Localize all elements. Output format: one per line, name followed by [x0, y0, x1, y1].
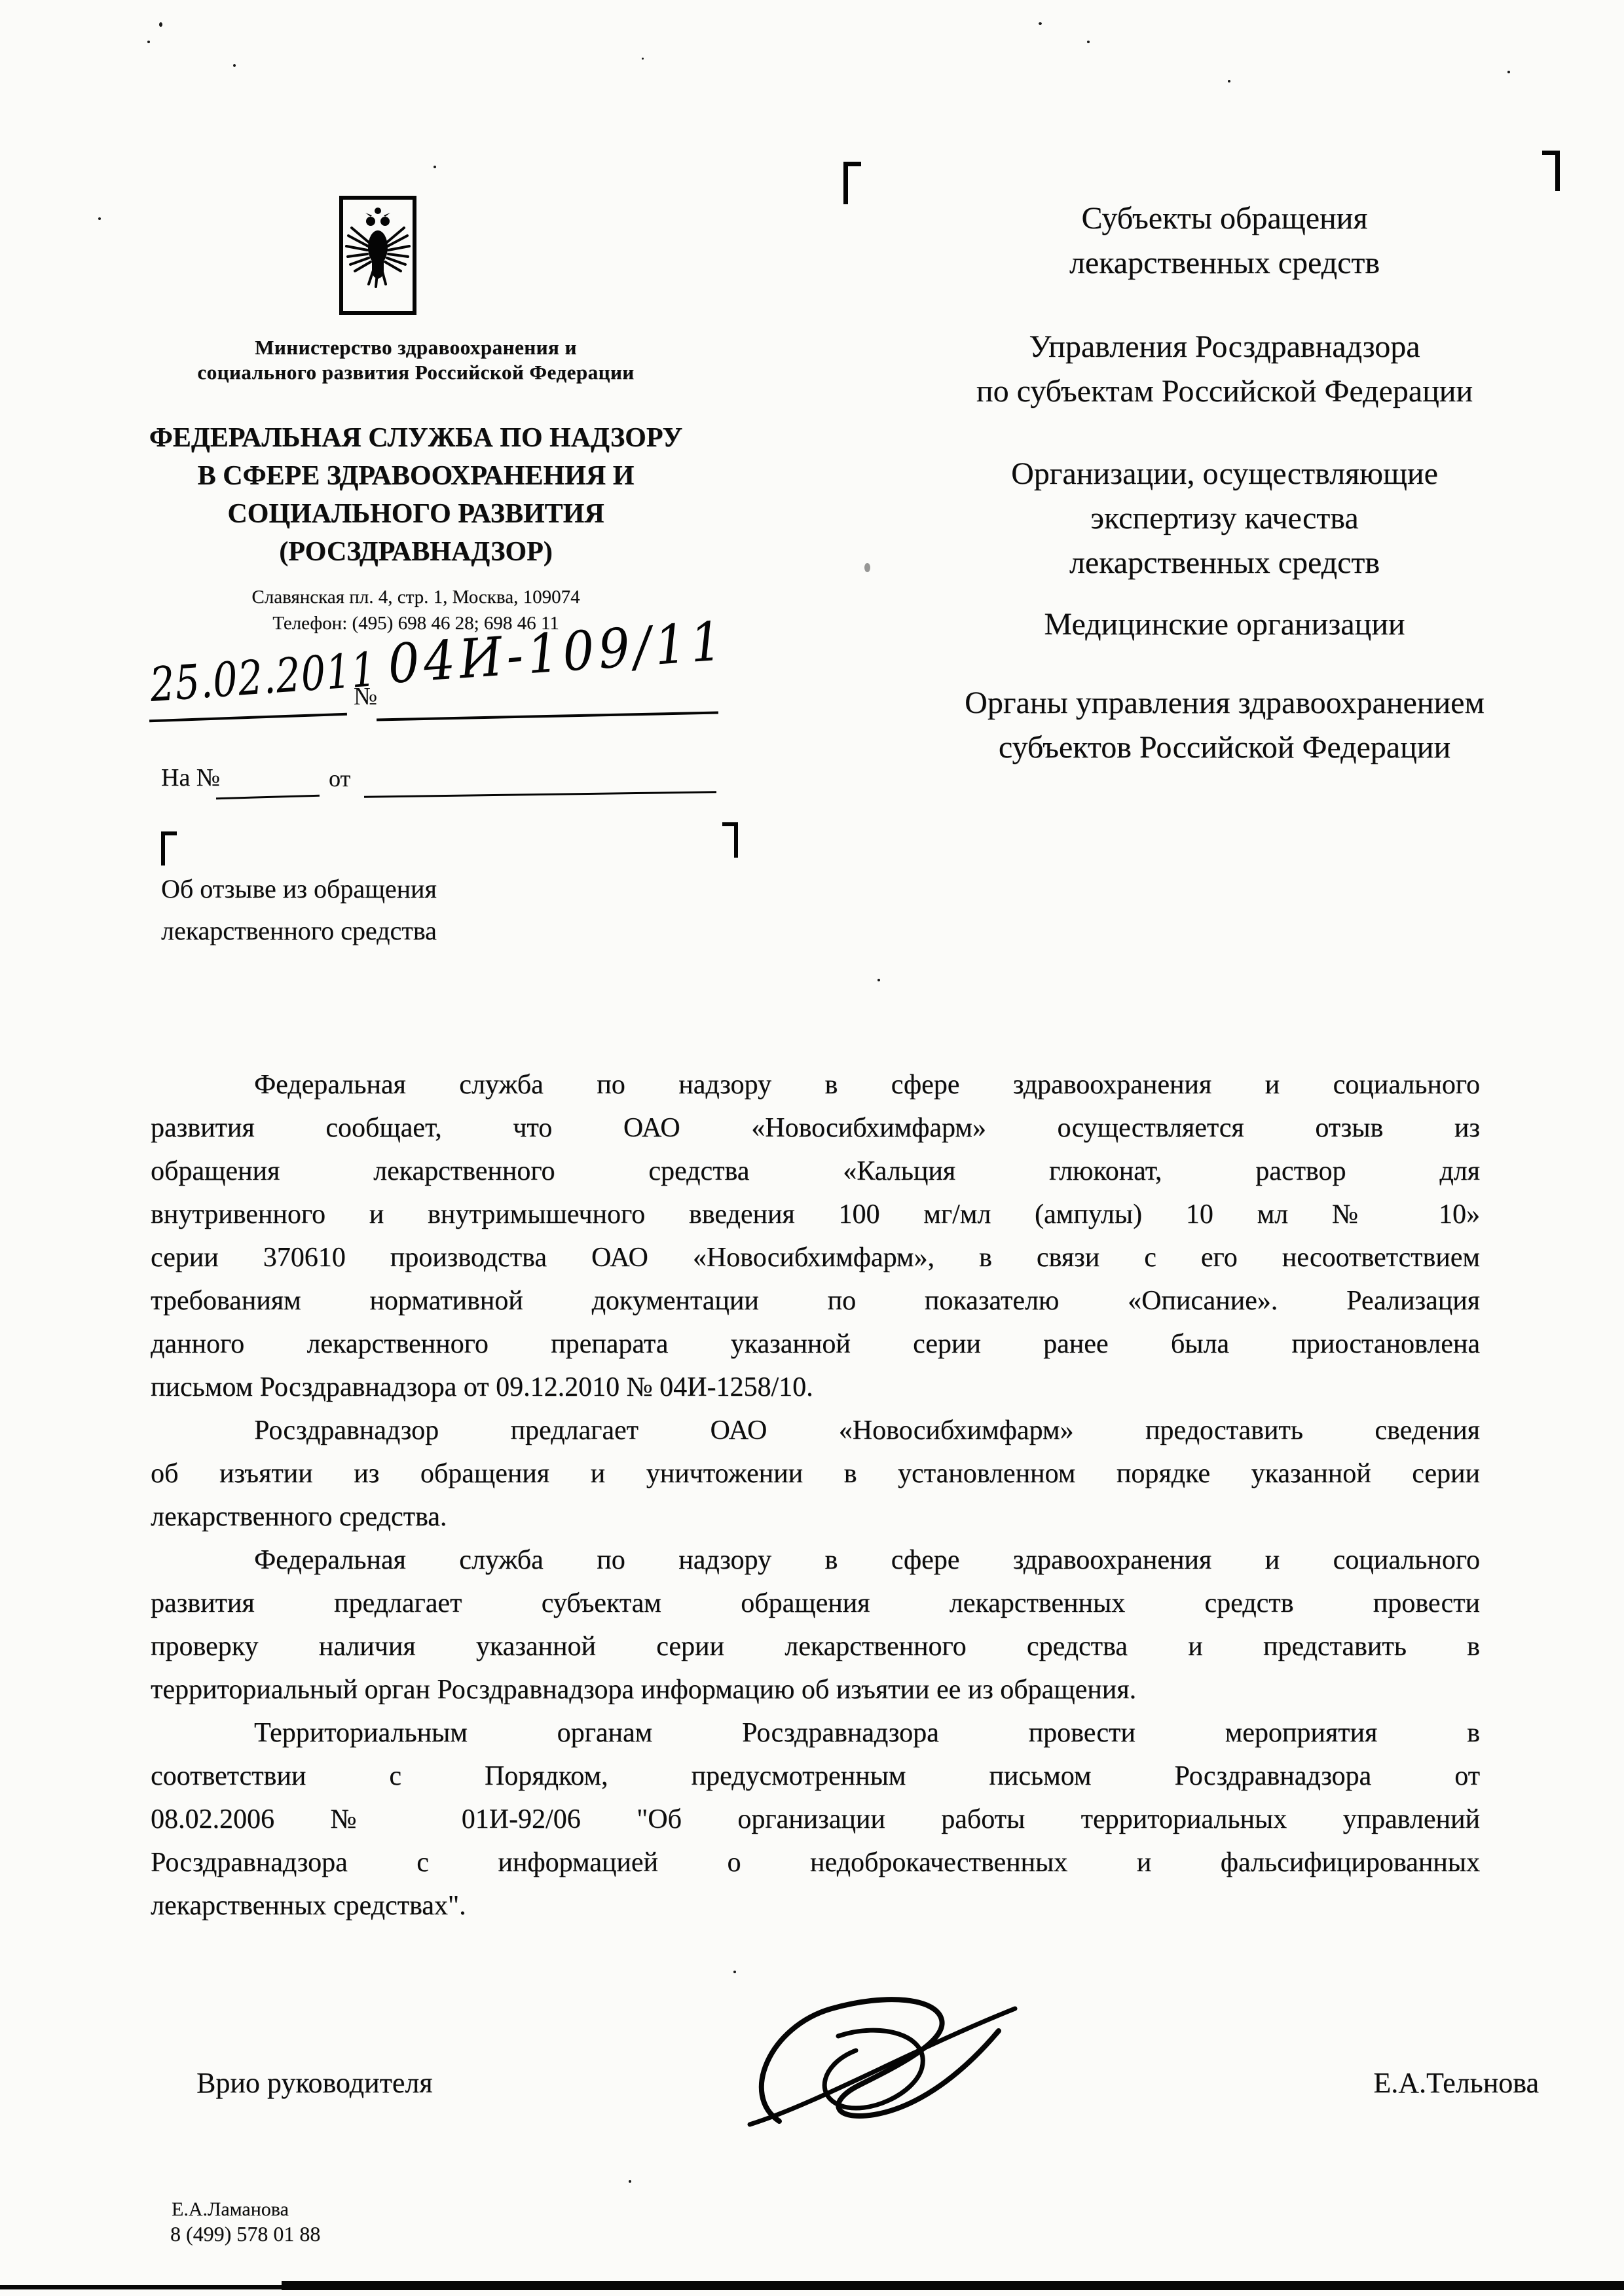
scan-speck [98, 217, 101, 220]
recipient-line: лекарственных средств [858, 241, 1591, 285]
scan-speck [159, 22, 162, 27]
body-line: развития предлагает субъектам обращения … [151, 1582, 1480, 1625]
scan-edge-bar [282, 2281, 1624, 2290]
scan-speck [864, 563, 870, 572]
corner-mark-subject-left [161, 831, 177, 866]
body-line: Федеральная служба по надзору в сфере зд… [151, 1063, 1480, 1106]
reply-ref-label: На № [161, 763, 220, 792]
scanned-letter-page: { "colors": {"paper": "#fbfbf9", "ink": … [0, 0, 1624, 2296]
recipient-block: Медицинские организации [858, 602, 1591, 647]
reply-from-blank-line [364, 791, 716, 798]
recipient-line: экспертизу качества [858, 496, 1591, 541]
letter-body: Федеральная служба по надзору в сфере зд… [151, 1063, 1480, 1927]
agency-name: ФЕДЕРАЛЬНАЯ СЛУЖБА ПО НАДЗОРУ В СФЕРЕ ЗД… [131, 419, 701, 571]
outgoing-date-handwritten: 25.02.2011 [148, 642, 378, 712]
agency-name-line: (РОСЗДРАВНАДЗОР) [131, 533, 701, 571]
number-sign: № [354, 682, 377, 711]
scan-speck [233, 64, 236, 67]
reply-from-label: от [329, 765, 350, 792]
recipient-block: Организации, осуществляющие экспертизу к… [858, 452, 1591, 585]
body-line: лекарственных средствах". [151, 1884, 1480, 1927]
recipient-line: субъектов Российской Федерации [858, 725, 1591, 770]
body-line: Росздравнадзор предлагает ОАО «Новосибхи… [151, 1409, 1480, 1452]
recipient-line: Субъекты обращения [858, 196, 1591, 241]
scan-speck [877, 979, 880, 981]
body-line: территориальный орган Росздравнадзора ин… [151, 1668, 1480, 1711]
recipient-line: Управления Росздравнадзора [858, 325, 1591, 369]
date-underline [149, 713, 347, 723]
recipient-line: по субъектам Российской Федерации [858, 369, 1591, 414]
scan-speck [1228, 80, 1230, 82]
reply-ref-blank-line [216, 795, 320, 799]
russia-double-headed-eagle-emblem-icon [339, 195, 417, 316]
number-underline [377, 712, 718, 721]
scan-speck [1507, 71, 1510, 73]
scan-speck [1039, 22, 1042, 25]
body-line: проверку наличия указанной серии лекарст… [151, 1625, 1480, 1668]
body-line: Территориальным органам Росздравнадзора … [151, 1711, 1480, 1755]
scan-speck [733, 1971, 736, 1973]
agency-name-line: В СФЕРЕ ЗДРАВООХРАНЕНИЯ И [131, 457, 701, 495]
recipient-block: Управления Росздравнадзора по субъектам … [858, 325, 1591, 414]
scan-speck [642, 58, 644, 60]
executor-phone: 8 (499) 578 01 88 [170, 2222, 320, 2246]
body-line: Федеральная служба по надзору в сфере зд… [151, 1539, 1480, 1582]
agency-name-line: СОЦИАЛЬНОГО РАЗВИТИЯ [131, 495, 701, 533]
signatory-name: Е.А.Тельнова [1303, 2066, 1539, 2100]
body-line: лекарственного средства. [151, 1495, 1480, 1539]
scan-speck [147, 41, 150, 43]
subject-block: Об отзыве из обращения лекарственного ср… [161, 868, 437, 952]
scan-speck [629, 2180, 631, 2183]
body-line: соответствии с Порядком, предусмотренным… [151, 1755, 1480, 1798]
corner-mark-top-right [1542, 151, 1560, 191]
recipient-block: Субъекты обращения лекарственных средств [858, 196, 1591, 285]
ministry-name: Министерство здравоохранения и социально… [151, 335, 681, 385]
recipient-line: Организации, осуществляющие [858, 452, 1591, 496]
recipient-line: Медицинские организации [858, 602, 1591, 647]
scan-speck [434, 166, 436, 168]
agency-name-line: ФЕДЕРАЛЬНАЯ СЛУЖБА ПО НАДЗОРУ [131, 419, 701, 457]
body-line: требованиям нормативной документации по … [151, 1279, 1480, 1322]
recipient-line: лекарственных средств [858, 541, 1591, 585]
signatory-title: Врио руководителя [196, 2066, 433, 2100]
body-line: 08.02.2006 № 01И-92/06 "Об организации р… [151, 1798, 1480, 1841]
subject-line: Об отзыве из обращения [161, 868, 437, 910]
scan-speck [1087, 41, 1090, 43]
body-line: серии 370610 производства ОАО «Новосибхи… [151, 1236, 1480, 1279]
body-line: данного лекарственного препарата указанн… [151, 1322, 1480, 1366]
body-line: внутривенного и внутримышечного введения… [151, 1193, 1480, 1236]
subject-line: лекарственного средства [161, 910, 437, 952]
corner-mark-subject-right [722, 822, 738, 858]
body-line: развития сообщает, что ОАО «Новосибхимфа… [151, 1106, 1480, 1150]
ministry-line: Министерство здравоохранения и [151, 335, 681, 360]
body-line: обращения лекарственного средства «Кальц… [151, 1150, 1480, 1193]
executor-name: Е.А.Ламанова [172, 2198, 289, 2221]
recipient-line: Органы управления здравоохранением [858, 681, 1591, 725]
recipient-block: Органы управления здравоохранением субъе… [858, 681, 1591, 770]
body-line: Росздравнадзора с информацией о недоброк… [151, 1841, 1480, 1884]
body-line: об изъятии из обращения и уничтожении в … [151, 1452, 1480, 1495]
body-line: письмом Росздравнадзора от 09.12.2010 № … [151, 1366, 1480, 1409]
ministry-line: социального развития Российской Федераци… [151, 360, 681, 385]
handwritten-signature [733, 1990, 1028, 2144]
address-line: Славянская пл. 4, стр. 1, Москва, 109074 [151, 584, 681, 610]
